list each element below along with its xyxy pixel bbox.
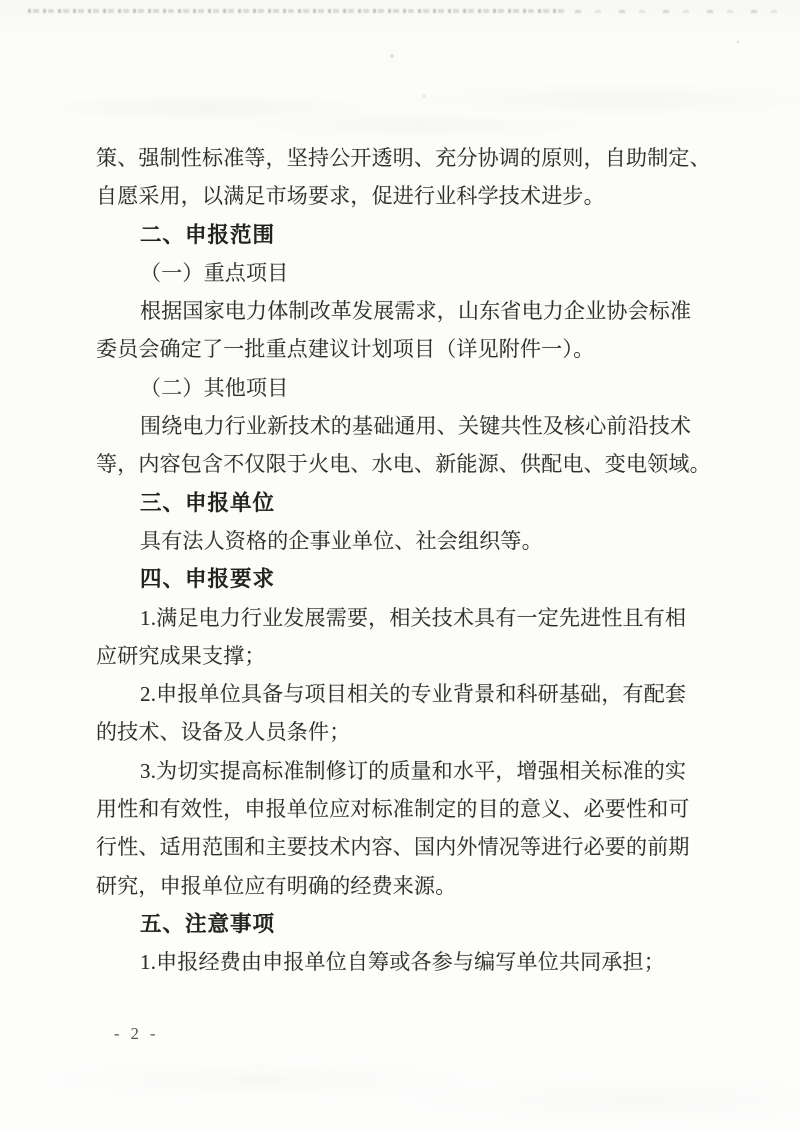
- scan-artifact-line: [575, 10, 780, 13]
- page-number: - 2 -: [114, 1024, 159, 1044]
- text-line: 围绕电力行业新技术的基础通用、关键共性及核心前沿技术: [96, 407, 736, 445]
- scanned-document-page: 策、强制性标准等，坚持公开透明、充分协调的原则，自助制定、 自愿采用，以满足市场…: [0, 0, 800, 1131]
- text-line: 1.申报经费由申报单位自筹或各参与编写单位共同承担；: [96, 943, 736, 981]
- text-line: 策、强制性标准等，坚持公开透明、充分协调的原则，自助制定、: [96, 139, 736, 177]
- text-line: 研究，申报单位应有明确的经费来源。: [96, 867, 736, 905]
- document-body: 策、强制性标准等，坚持公开透明、充分协调的原则，自助制定、 自愿采用，以满足市场…: [96, 139, 736, 982]
- text-line: 3.为切实提高标准制修订的质量和水平，增强相关标准的实: [96, 752, 736, 790]
- text-line: 1.满足电力行业发展需要，相关技术具有一定先进性且有相: [96, 599, 736, 637]
- section-heading-4: 四、申报要求: [96, 560, 736, 598]
- text-line: 等，内容包含不仅限于火电、水电、新能源、供配电、变电领域。: [96, 445, 736, 483]
- section-heading-3: 三、申报单位: [96, 484, 736, 522]
- subsection-heading-1: （一）重点项目: [96, 254, 736, 292]
- text-line: 应研究成果支撑；: [96, 637, 736, 675]
- text-line: 行性、适用范围和主要技术内容、国内外情况等进行必要的前期: [96, 828, 736, 866]
- section-heading-2: 二、申报范围: [96, 216, 736, 254]
- text-line: 用性和有效性，申报单位应对标准制定的目的意义、必要性和可: [96, 790, 736, 828]
- text-line: 委员会确定了一批重点建议计划项目（详见附件一）。: [96, 330, 736, 368]
- subsection-heading-2: （二）其他项目: [96, 369, 736, 407]
- section-heading-5: 五、注意事项: [96, 905, 736, 943]
- text-line: 的技术、设备及人员条件；: [96, 713, 736, 751]
- text-line: 2.申报单位具备与项目相关的专业背景和科研基础，有配套: [96, 675, 736, 713]
- text-line: 自愿采用，以满足市场要求，促进行业科学技术进步。: [96, 177, 736, 215]
- text-line: 根据国家电力体制改革发展需求，山东省电力企业协会标准: [96, 292, 736, 330]
- text-line: 具有法人资格的企事业单位、社会组织等。: [96, 522, 736, 560]
- scan-artifact-line: [28, 9, 568, 13]
